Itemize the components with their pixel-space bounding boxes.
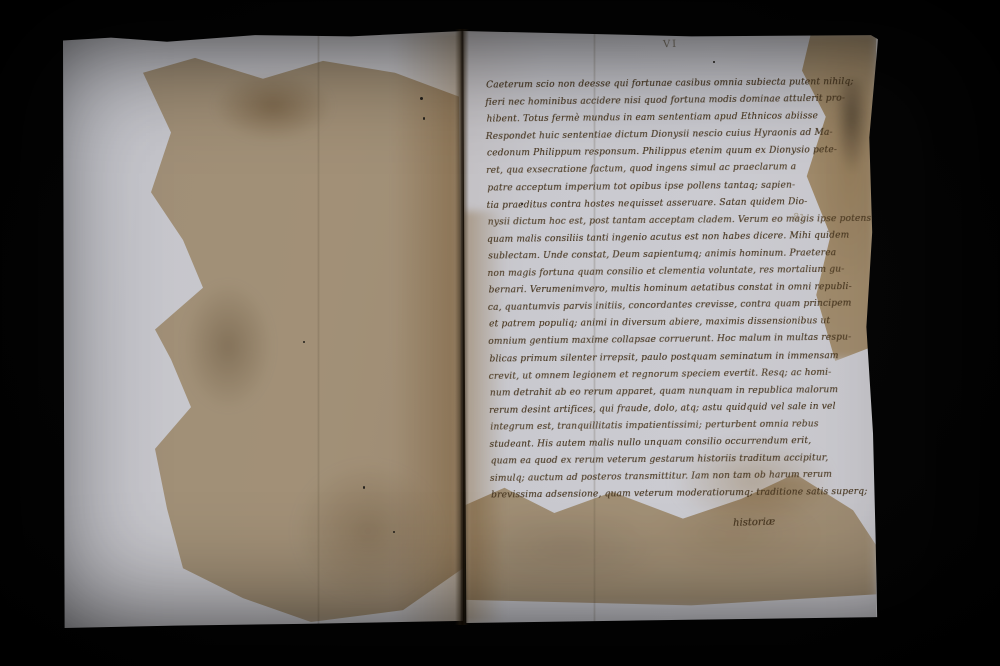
catchword: historiæ (733, 515, 830, 529)
left-page-gutter-stain (393, 31, 463, 628)
text-block: Caeterum scio non deesse qui fortunae ca… (485, 74, 835, 506)
folio-number: VI (663, 39, 679, 51)
gutter-fold (455, 29, 469, 625)
left-page-stain-patch (213, 71, 333, 141)
manuscript-line: brevissima adsensione, quam veterum mode… (491, 484, 836, 504)
ink-speck (363, 486, 365, 489)
ink-speck (303, 341, 305, 343)
left-page-stain-blob (63, 31, 463, 628)
ink-speck (393, 531, 395, 533)
left-page-stain-patch (183, 281, 273, 411)
ink-speck (713, 61, 715, 63)
catchword-holder: historiæ (485, 514, 830, 531)
left-page-stain-patch (293, 461, 443, 601)
ink-speck (423, 117, 425, 120)
left-page (63, 31, 463, 628)
ink-speck (420, 97, 423, 100)
paper-edge-highlight (876, 31, 878, 623)
photo-background: VI 81 Caeterum scio non deesse qui fortu… (0, 0, 1000, 666)
ink-speck (521, 203, 523, 205)
right-page: VI 81 Caeterum scio non deesse qui fortu… (463, 31, 878, 623)
fold-crease (317, 31, 320, 628)
